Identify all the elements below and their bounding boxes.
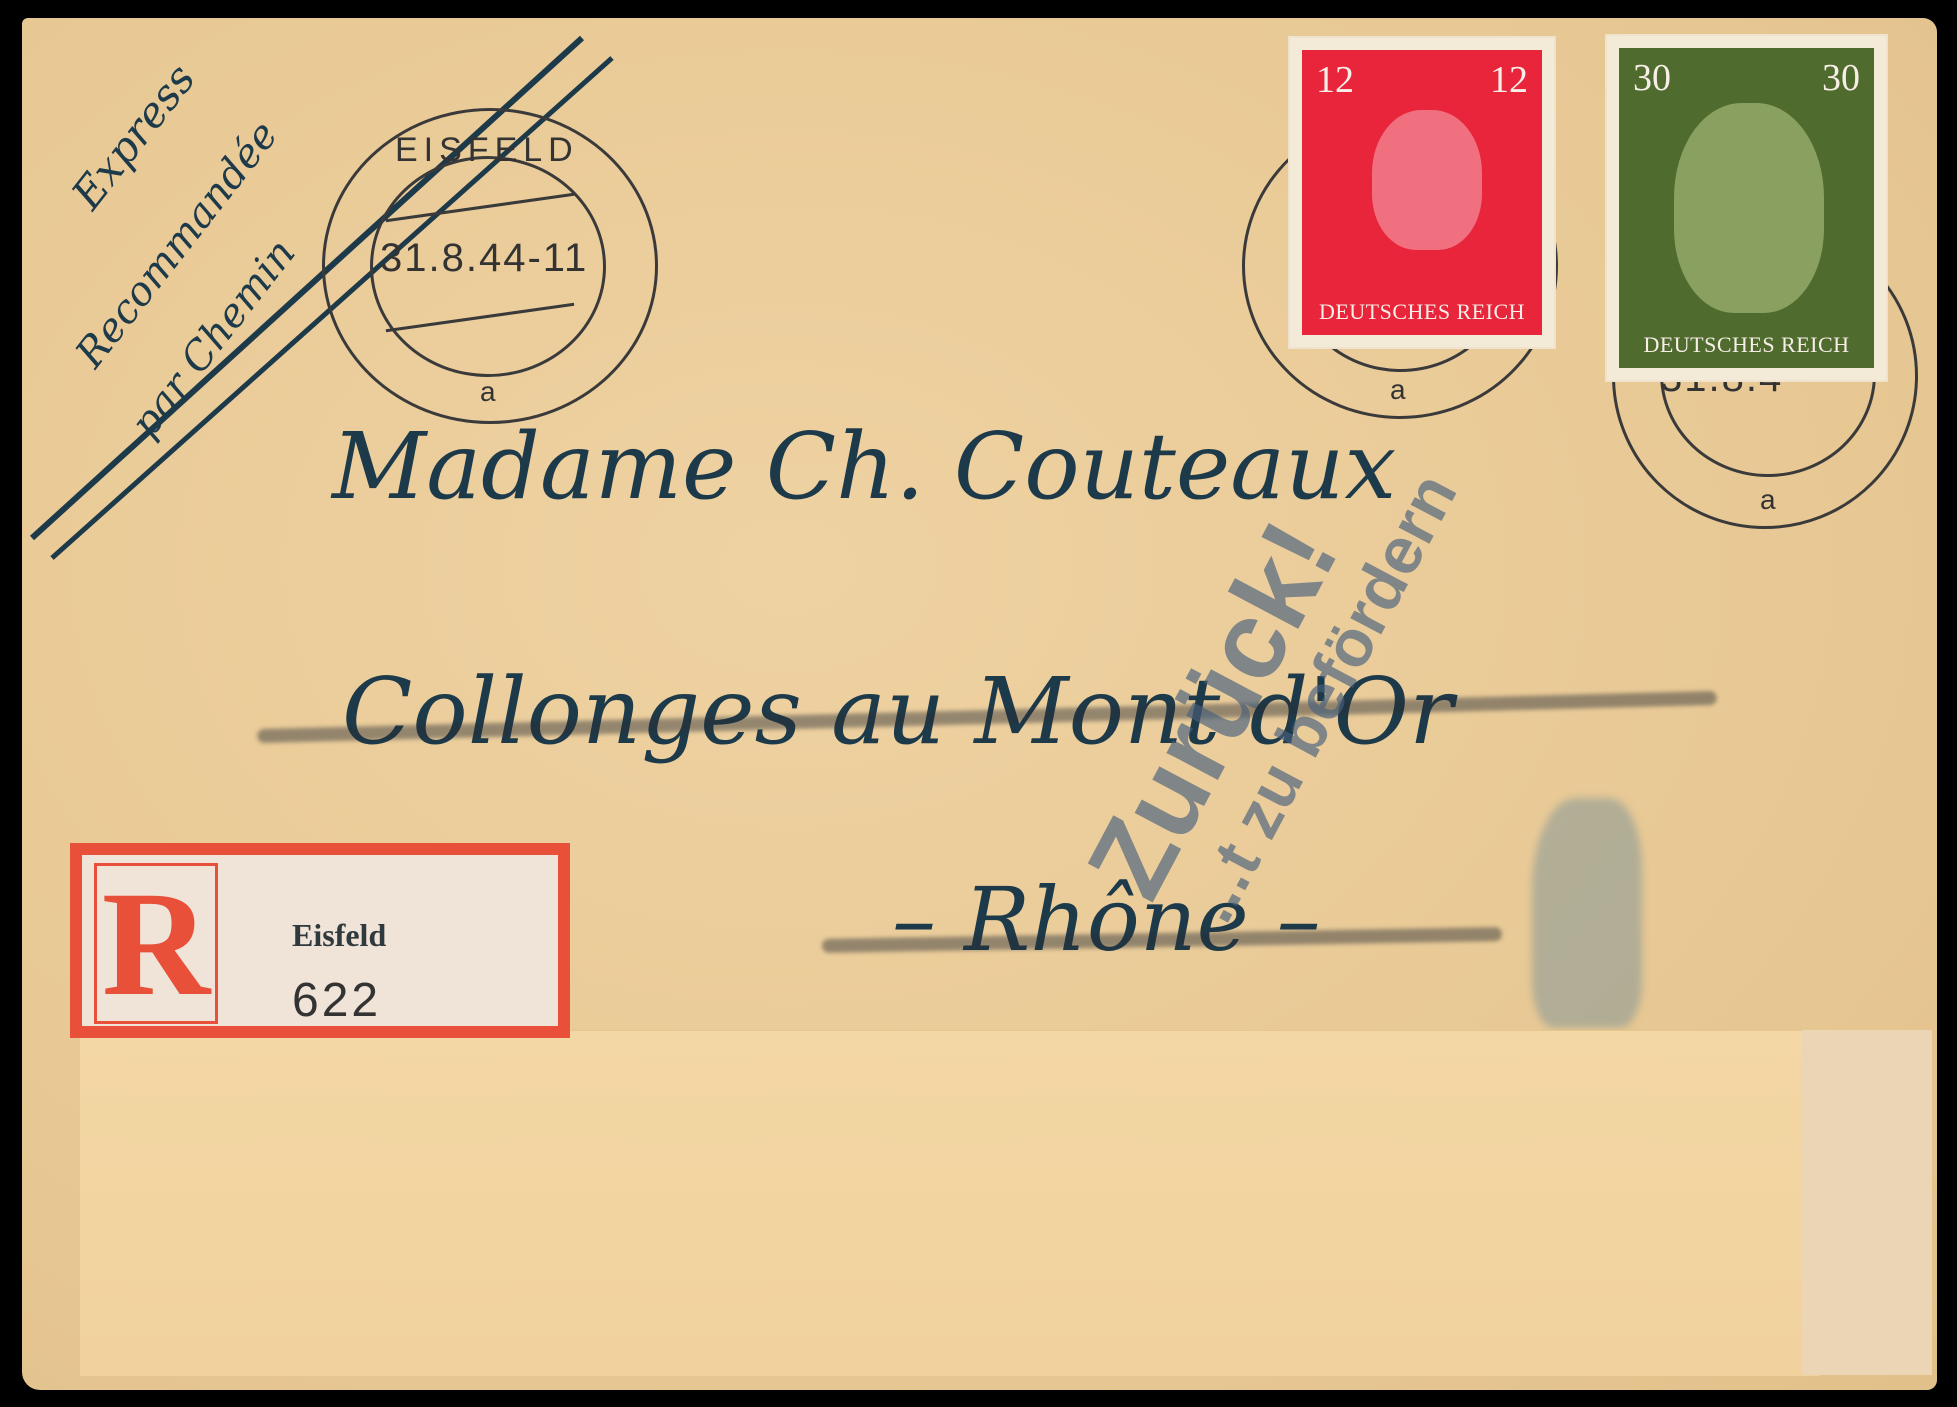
envelope: Express Recommandée par Chemin EISFELD 3… (22, 18, 1937, 1390)
stamp-value-right: 12 (1490, 58, 1528, 102)
registration-number: 622 (292, 973, 381, 1028)
portrait-icon (1674, 103, 1824, 313)
address-recipient: Madame Ch. Couteaux (332, 413, 1396, 520)
stamp-value-left: 30 (1633, 56, 1671, 100)
registration-label: R Eisfeld 622 (70, 843, 570, 1038)
stamp-value-left: 12 (1316, 58, 1354, 102)
postmark-code: a (480, 376, 496, 408)
envelope-back-flap (1802, 1030, 1932, 1375)
stamp-12-pfennig: 12 12 DEUTSCHES REICH (1290, 38, 1554, 347)
ink-smudge (1532, 798, 1642, 1028)
portrait-icon (1372, 110, 1482, 250)
postmark-date: 31.8.44-11 (380, 236, 588, 281)
sealing-tape (80, 1030, 1820, 1376)
postmark-code: a (1390, 374, 1406, 406)
registration-town: Eisfeld (292, 917, 386, 954)
stamp-legend: DEUTSCHES REICH (1302, 299, 1542, 325)
stamp-value-right: 30 (1822, 56, 1860, 100)
registration-letter: R (94, 863, 218, 1024)
postmark-code: a (1760, 484, 1776, 516)
postmark-1: EISFELD 31.8.44-11 a (322, 108, 658, 424)
stamp-30-pfennig: 30 30 DEUTSCHES REICH (1607, 36, 1886, 380)
postmark-town: EISFELD (395, 131, 579, 170)
stamp-legend: DEUTSCHES REICH (1619, 332, 1874, 358)
